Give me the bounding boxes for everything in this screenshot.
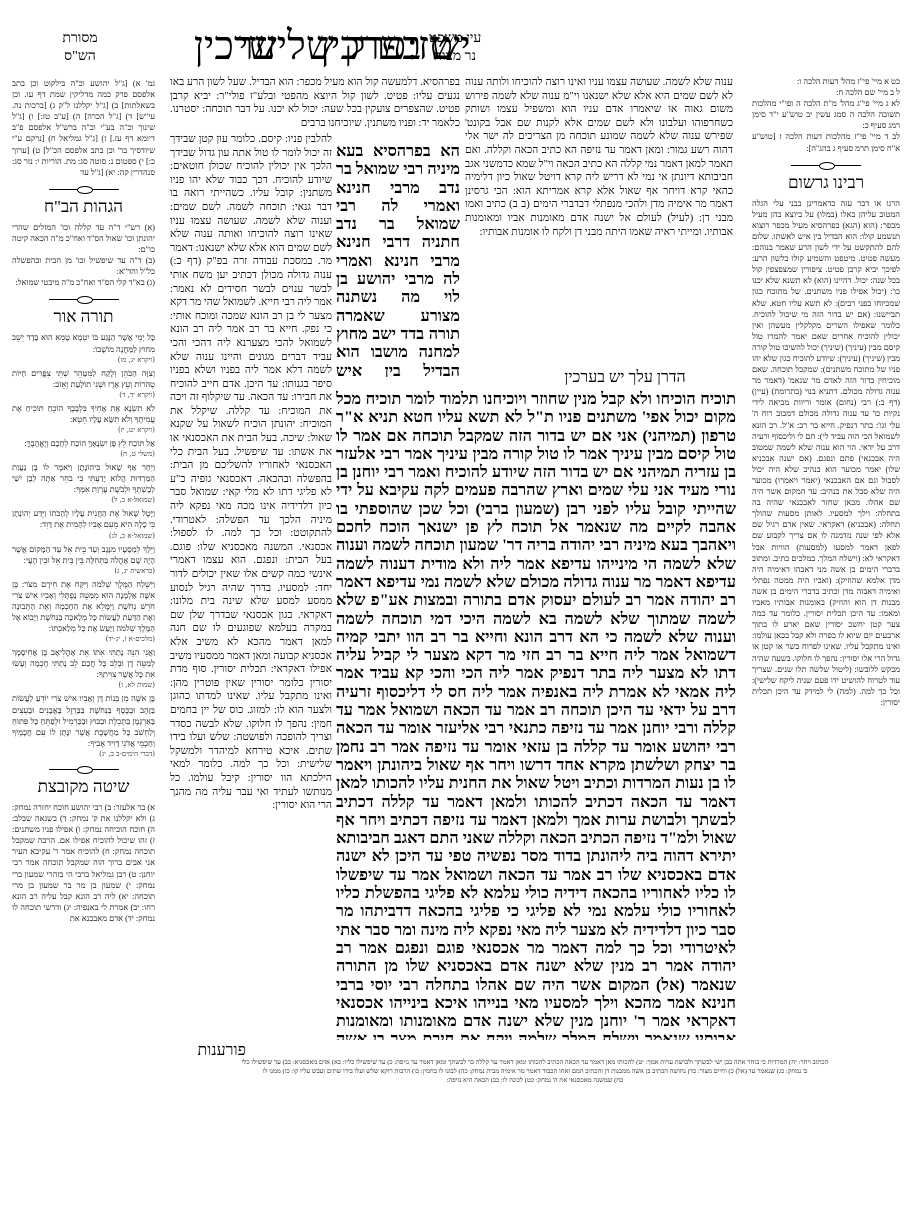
ein-mishpat-entry: לב ד מיי' פי"ז מהלכות דעות הלכה ז [טוש"ע… [752, 131, 900, 153]
ein-mishpat-label: עין משפט נר מצוה [425, 30, 485, 66]
verse-text: אַל תּוֹכַח לֵץ פֶּן יִשְׂנָאֶךָּ הוֹכַח… [12, 438, 155, 449]
rashi-left-column: להלבין פניו: קיסם. כלומר עון קטן שבידך ז… [170, 133, 332, 833]
ornament-divider [791, 160, 861, 170]
ornament-divider [49, 184, 119, 194]
ein-mishpat-entry: ל ב מיי' שם הלכה ח: [752, 87, 900, 98]
verse-text: וַיִּשְׁלַח הַמֶּלֶךְ שְׁלֹמֹה וַיִּקַּח… [12, 579, 155, 634]
verse-source: (ויקרא יט, יז) [12, 426, 155, 434]
verse-source: (שמות לא, ו) [12, 681, 155, 689]
torah-or-verse: בֶּן אִשָּׁה מִן בְּנוֹת דָּן וְאָבִיו א… [12, 693, 155, 757]
verse-source: (משלי ט, ח) [12, 450, 155, 458]
gemara-intro: הא בפרהסיא בעא מיניה רבי שמואל בר נדב מר… [336, 142, 460, 377]
footnote-line: ב' נמחק: כג) שנאמר עד (אל) כ) וחיים מצור… [170, 1067, 900, 1076]
left-margin: גמ' א) [ג"ל יהושע וכ"ה בילקוט וכן בתב אל… [12, 78, 155, 924]
ein-mishpat-entry: לא ג מיי' פי"ג מהל' מ"ת הלכה ה ופי"י מהל… [752, 98, 900, 131]
verse-source: (שמואל-א כ, ל) [12, 496, 155, 504]
torah-or-verse: וַיִּשְׁלַח הַמֶּלֶךְ שְׁלֹמֹה וַיִּקַּח… [12, 579, 155, 643]
verse-text: לֹא תִשְׂנָא אֶת אָחִיךָ בִּלְבָבֶךָ הוֹ… [12, 403, 155, 425]
verse-source: (ויקרא יג, מו) [12, 356, 155, 364]
masoret-hashas-label: מסורת הש"ס [55, 30, 105, 66]
torah-or-verse: לֹא תִשְׂנָא אֶת אָחִיךָ בִּלְבָבֶךָ הוֹ… [12, 403, 155, 434]
verse-source: (מלכים-א ז, יג-יד) [12, 635, 155, 643]
torah-or-verse: כָּל יְמֵי אֲשֶׁר הַנֶּגַע בּוֹ יִטְמָא … [12, 332, 155, 363]
shita-mekubetzet-text: א) בר אלעזר: ב) רבי יהושע חוכח יחזרה נמח… [12, 802, 155, 924]
verse-text: בֶּן אִשָּׁה מִן בְּנוֹת דָּן וְאָבִיו א… [12, 693, 155, 748]
footnotes: הכתוב ויחר: יח) המרדות כי בוחר אתה בבן י… [170, 1058, 900, 1085]
ornament-divider [49, 294, 119, 304]
gemara-main-text: תוכיח הוכיחו ולא קבל מנין שחוזר ויוכיחנו… [336, 390, 736, 1040]
verse-source: (בראשית יג, ג) [12, 567, 155, 575]
shita-mekubetzet-title: שיטה מקובצת [12, 776, 155, 798]
footnote-line: הכתוב ויחר: יח) המרדות כי בוחר אתה בבן י… [170, 1058, 900, 1067]
tosafot-right-column: ענוה שלא לשמה. שעושה עצמו עניו ואינו רוצ… [465, 76, 733, 376]
verse-source: (דברי הימים-ב ב, יג) [12, 750, 155, 758]
verse-text: וַיִּחַר אַף שָׁאוּל בִּיהוֹנָתָן וַיֹּא… [12, 462, 155, 495]
hagahot-habach-entry: (ב) ד"ה עד שיפשיל וכו' מן הבית ובהפשלה כ… [12, 255, 155, 277]
torah-or-title: תורה אור [12, 306, 155, 328]
verse-text: וְצִוָּה הַכֹּהֵן וְלָקַח לַמִּטַּהֵר שְ… [12, 368, 155, 390]
verse-source: (שמואל-א כ, לג) [12, 532, 155, 540]
footnote-line: כח) שמשנה מאכסנאי את ה' נמחק: כט) לכונה … [170, 1076, 900, 1085]
masoret-hashas-text: גמ' א) [ג"ל יהושע וכ"ה בילקוט וכן בתב אל… [12, 78, 155, 178]
torah-or-verse: וְצִוָּה הַכֹּהֵן וְלָקַח לַמִּטַּהֵר שְ… [12, 368, 155, 399]
ein-mishpat-line2: נר מצוה [425, 48, 485, 66]
torah-or-verse: וַיָּטֶל שָׁאוּל אֶת הַחֲנִית עָלָיו לְה… [12, 508, 155, 539]
verse-text: וַיָּטֶל שָׁאוּל אֶת הַחֲנִית עָלָיו לְה… [12, 508, 155, 530]
ornament-divider [49, 764, 119, 774]
verse-text: וַאֲנִי הִנֵּה נָתַתִּי אִתּוֹ אֵת אָהֳל… [12, 647, 155, 680]
masoret-label-line1: מסורת [55, 30, 105, 48]
rabbeinu-gershom-text: הרגו או דבר עזה כדאמרינן בבני עלי הגלה ה… [752, 198, 900, 708]
torah-or-verse: וַיִּחַר אַף שָׁאוּל בִּיהוֹנָתָן וַיֹּא… [12, 462, 155, 504]
ein-mishpat-entry: כט א מיי' פי"ז מהל' דעות הלכה ו: [752, 76, 900, 87]
hagahot-habach-entry: (א) רש"י ד"ה עד קללה וכו' המזלים שהרי יה… [12, 222, 155, 255]
torah-or-verses: כָּל יְמֵי אֲשֶׁר הַנֶּגַע בּוֹ יִטְמָא … [12, 332, 155, 758]
hagahot-habach-title: הגהות הב"ח [12, 196, 155, 218]
verse-text: וַיֵּלֶךְ לְמַסָּעָיו מִנֶּגֶב וְעַד בֵּ… [12, 544, 155, 566]
hadran-line: הדרן עלך יש בערכין [520, 369, 730, 387]
hagahot-habach-entry: (ג) בא"ד קלי הס"ד ואח"כ מ"ה מיבטי שמואל: [12, 277, 155, 288]
verse-text: כָּל יְמֵי אֲשֶׁר הַנֶּגַע בּוֹ יִטְמָא … [12, 332, 155, 354]
verse-source: (ויקרא יד, ד) [12, 391, 155, 399]
torah-or-verse: אַל תּוֹכַח לֵץ פֶּן יִשְׂנָאֶךָּ הוֹכַח… [12, 438, 155, 458]
torah-or-verse: וַאֲנִי הִנֵּה נָתַתִּי אִתּוֹ אֵת אָהֳל… [12, 647, 155, 689]
page-header: מסורת הש"ס ערכין פרק שלישי יש בערכין טז:… [0, 30, 914, 70]
masoret-label-line2: הש"ס [55, 48, 105, 66]
rashi-top-text: בפרהסיא. דלמעשה קול הוא מעיל מכפר: הוא ה… [170, 76, 460, 130]
ein-mishpat-line1: עין משפט [425, 30, 485, 48]
rabbeinu-gershom-title: רבינו גרשום [752, 172, 900, 194]
right-margin: כט א מיי' פי"ז מהל' דעות הלכה ו: ל ב מיי… [752, 76, 900, 708]
torah-or-verse: וַיֵּלֶךְ לְמַסָּעָיו מִנֶּגֶב וְעַד בֵּ… [12, 544, 155, 575]
